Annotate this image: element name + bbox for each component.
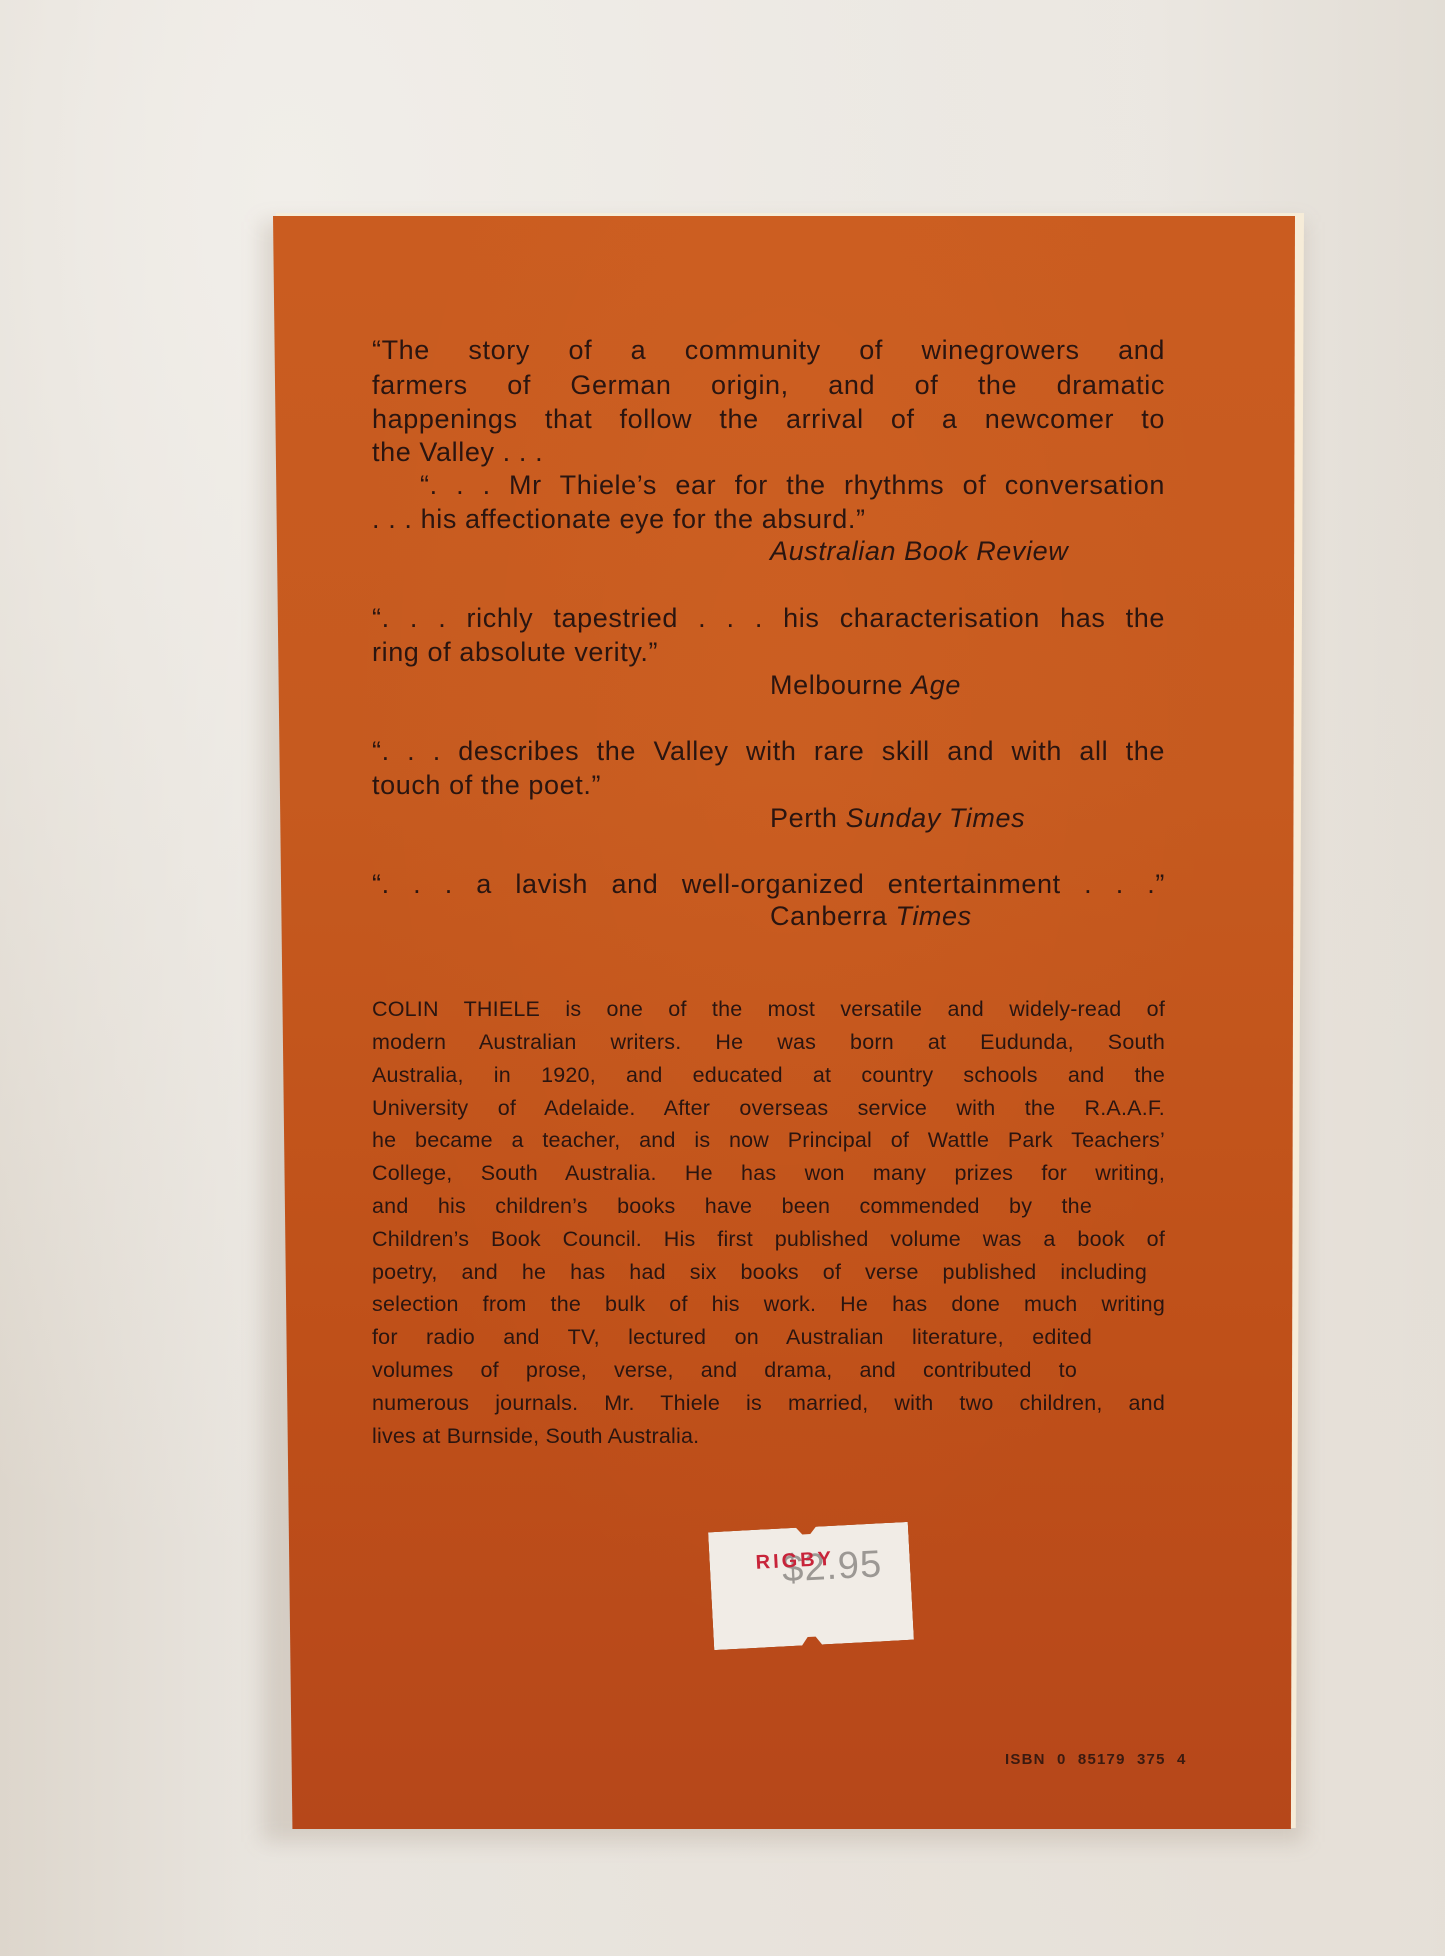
review-line: ring of absolute verity.”	[372, 639, 1165, 666]
review-line: farmers of German origin, and of the dra…	[372, 372, 1165, 399]
bio-line: he became a teacher, and is now Principa…	[372, 1130, 1165, 1152]
bio-line: poetry, and he has had six books of vers…	[372, 1262, 1147, 1284]
review-line: . . . his affectionate eye for the absur…	[372, 506, 1165, 533]
review-source: Canberra Times	[770, 903, 972, 930]
review-line: “. . . Mr Thiele’s ear for the rhythms o…	[372, 472, 1165, 499]
review-line: “The story of a community of winegrowers…	[372, 337, 1165, 364]
review-line: “. . . a lavish and well-organized enter…	[372, 871, 1165, 898]
bio-line: volumes of prose, verse, and drama, and …	[372, 1360, 1077, 1382]
price-sticker: $2.95 RIGBY	[708, 1522, 914, 1650]
bio-line: COLIN THIELE is one of the most versatil…	[372, 999, 1165, 1021]
bio-line: lives at Burnside, South Australia.	[372, 1426, 1165, 1448]
bio-line: University of Adelaide. After overseas s…	[372, 1098, 1165, 1120]
bio-line: for radio and TV, lectured on Australian…	[372, 1327, 1092, 1349]
review-source: Melbourne Age	[770, 672, 961, 699]
retailer-brand: RIGBY	[755, 1548, 834, 1575]
review-line: touch of the poet.”	[372, 772, 1165, 799]
bio-line: and his children’s books have been comme…	[372, 1196, 1092, 1218]
review-line: “. . . describes the Valley with rare sk…	[372, 738, 1165, 765]
bio-line: modern Australian writers. He was born a…	[372, 1032, 1165, 1054]
review-line: happenings that follow the arrival of a …	[372, 406, 1165, 433]
review-source: Perth Sunday Times	[770, 805, 1025, 832]
bio-line: selection from the bulk of his work. He …	[372, 1294, 1165, 1316]
review-line: the Valley . . .	[372, 439, 1165, 466]
isbn-number: ISBN 0 85179 375 4	[1005, 1751, 1187, 1768]
bio-line: numerous journals. Mr. Thiele is married…	[372, 1393, 1165, 1415]
review-source: Australian Book Review	[770, 538, 1068, 565]
bio-line: College, South Australia. He has won man…	[372, 1163, 1165, 1185]
review-line: “. . . richly tapestried . . . his chara…	[372, 605, 1165, 632]
bio-line: Australia, in 1920, and educated at coun…	[372, 1065, 1165, 1087]
bio-line: Children’s Book Council. His first publi…	[372, 1229, 1165, 1251]
